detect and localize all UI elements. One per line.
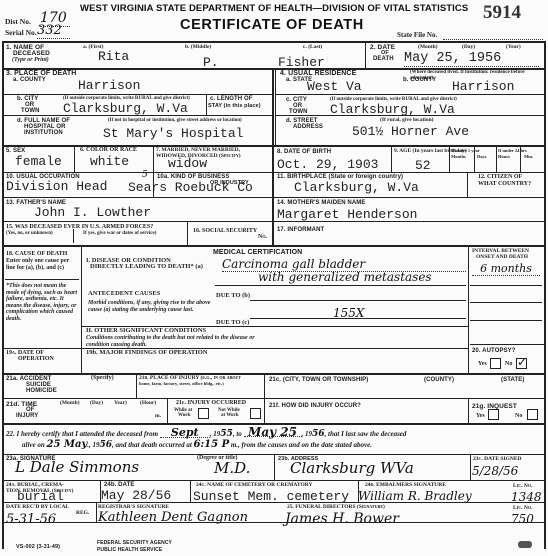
marital-status: widow: [168, 157, 207, 171]
day-label: (Day): [462, 45, 475, 51]
stay-label-1: c. LENGTH OF: [210, 96, 253, 103]
death-time: 6:15 P: [194, 439, 230, 450]
dist-no-label: Dist No.: [5, 19, 31, 25]
inquest-no-label: No: [515, 414, 522, 420]
res-street: 501½ Horner Ave: [352, 125, 469, 139]
race: white: [90, 155, 129, 169]
operation-findings-label: 19b. MAJOR FINDINGS OF OPERATION: [86, 350, 208, 356]
county-label: a. COUNTY: [13, 77, 46, 84]
physician-signature: L Dale Simmons: [15, 458, 139, 476]
injury-place-note: home, farm, factory, street, office bldg…: [139, 381, 224, 387]
other-conditions-label: II. OTHER SIGNIFICANT CONDITIONS: [86, 328, 206, 334]
injury-m-label: m.: [155, 414, 161, 420]
cause-a-continued: with generalized metastases: [258, 270, 432, 284]
date-of-birth: Oct. 29, 1903: [277, 158, 387, 173]
first-name: Rita: [98, 50, 129, 64]
serial-no-label: Serial No.: [5, 30, 37, 36]
race-label: 6. COLOR OR RACE: [80, 147, 137, 154]
at-work-label: at Work: [221, 413, 239, 419]
physician-degree: M.D.: [214, 459, 250, 477]
father-name: John I. Lowther: [34, 206, 151, 220]
injury-time-label-3: INJURY: [16, 413, 38, 420]
min-label: Min.: [524, 154, 533, 160]
injury-city-label: 21c. (CITY, TOWN OR TOWNSHIP): [269, 377, 368, 384]
agency-title: WEST VIRGINIA STATE DEPARTMENT OF HEALTH…: [80, 3, 468, 14]
embalmer-signature: William R. Bradley: [358, 489, 472, 503]
occupation-code-mark: 5: [142, 170, 148, 180]
operation-date-label-2: OPERATION: [18, 356, 54, 363]
injury-month-label: (Month): [60, 401, 80, 407]
armed-forces-note-2: If yes, give war or dates of service): [83, 231, 156, 237]
autopsy-yes-label: Yes: [478, 362, 487, 368]
state-file-label: State File No.: [397, 33, 437, 39]
death-certificate: Dist No. 170 Serial No. 332 WEST VIRGINI…: [0, 0, 548, 556]
funeral-director-lic-no: 750: [511, 512, 534, 526]
autopsy-label: 20. AUTOPSY?: [472, 348, 516, 355]
birthplace: Clarksburg, W.Va: [294, 181, 419, 195]
due-to-b-label: DUE TO (b): [216, 293, 250, 299]
ssn-label-1: 16. SOCIAL SECURITY: [193, 228, 257, 235]
date-received-label-1: DATE REC'D BY LOCAL: [6, 504, 69, 511]
embalmer-signature-label: 24d. EMBALMERS SIGNATURE: [365, 482, 446, 489]
cause-a-label-2: DIRECTLY LEADING TO DEATH* (a): [90, 264, 203, 270]
footer-agency-1: FEDERAL SECURITY AGENCY: [97, 540, 172, 547]
business: Sears Roebuck Co: [128, 181, 253, 195]
injury-state-label: (STATE): [501, 377, 524, 384]
funeral-director-label: 25. FUNERAL DIRECTORS (Signature): [287, 504, 385, 511]
date-of-death: May 25, 1956: [404, 52, 539, 67]
age: 52: [415, 159, 431, 173]
cause-of-death-label: 18. CAUSE OF DEATH: [6, 251, 67, 258]
autopsy-yes-checkbox[interactable]: [490, 358, 501, 369]
form-number: VS-002 (3-31-49): [16, 544, 60, 551]
hospital-name: St Mary's Hospital: [103, 127, 243, 141]
middle-name-label: b. (Middle): [185, 45, 211, 51]
certify-statement: 22. I hereby certify that I attended the…: [6, 428, 406, 438]
item1-label3: (Type or Print): [12, 56, 49, 64]
inquest-yes-label: Yes: [476, 414, 485, 420]
year-label: (Year): [506, 45, 521, 51]
accident-specify: (Specify): [91, 376, 114, 382]
date-signed-label: 23c. DATE SIGNED: [473, 456, 521, 463]
cemetery-label: 24c. NAME OF CEMETERY OR CREMATORY: [196, 482, 312, 489]
date-received-label-2: REG.: [76, 510, 89, 517]
injury-year-label: Year): [114, 401, 127, 407]
item2-death: DEATH: [373, 56, 394, 63]
armed-forces-note-1: (Yes, no, or unknown): [6, 231, 53, 237]
antecedent-label: ANTECEDENT CAUSES: [88, 291, 160, 297]
injury-occurred-label: 21e. INJURY OCCURRED: [176, 400, 246, 407]
days-label: Days: [477, 154, 487, 160]
date-signed: 5/28/56: [472, 464, 518, 478]
certify-statement-line2: alive on 25 May., 1956, and that death o…: [22, 441, 372, 449]
city-label-3: TOWN: [21, 108, 40, 115]
res-county: Harrison: [452, 80, 514, 94]
disposition-date: May 28/56: [101, 489, 171, 503]
attended-to-date: May 25: [244, 428, 302, 437]
res-county-label: b. COUNTY: [403, 77, 436, 84]
attended-from-year: 55: [220, 429, 233, 439]
state-file-field: [443, 39, 543, 40]
hospital-note: (If not in hospital or institution, give…: [108, 118, 268, 124]
occupation: Division Head: [6, 180, 107, 194]
while-at-work-checkbox[interactable]: [198, 408, 209, 419]
embalmer-lic-label: Lic. No.: [513, 483, 532, 490]
res-state: West Va: [307, 80, 362, 94]
attended-to-year: 56: [312, 429, 325, 439]
under-1-year-label: If under 1 year: [451, 148, 480, 154]
date-received: 5-31-56: [6, 512, 56, 527]
month-label: (Month): [418, 45, 438, 51]
street-label-2: ADDRESS: [293, 124, 323, 131]
stay-label-2: STAY (in this place): [208, 103, 261, 110]
item4-label: 4. USUAL RESIDENCE: [280, 70, 356, 77]
citizen-label-1: 12. CITIZEN OF: [478, 174, 522, 181]
accident-label-3: HOMICIDE: [26, 388, 57, 395]
ssn-label-2: No.: [258, 234, 267, 241]
informant-label: 17. INFORMANT: [277, 227, 324, 234]
union-label-icon: [518, 541, 532, 548]
cause-footnote: *This does not mean the mode of dying, s…: [6, 283, 80, 322]
autopsy-no-checkbox[interactable]: ✓: [516, 358, 527, 369]
months-label: Months: [451, 154, 466, 160]
injury-county-label: (COUNTY): [424, 377, 454, 384]
mother-name: Margaret Henderson: [277, 208, 417, 222]
funeral-director-signature: James H. Bower: [285, 511, 399, 527]
serial-no: 332: [37, 23, 70, 39]
certificate-title: CERTIFICATE OF DEATH: [180, 17, 364, 33]
injury-day-label: (Day): [90, 401, 103, 407]
work-label: Work: [178, 413, 190, 419]
hospital-label-3: INSTITUTION: [24, 130, 63, 137]
antecedent-note: Morbid conditions, if any, giving rise t…: [88, 300, 213, 313]
other-conditions-note: Conditions contributing to the death but…: [86, 335, 276, 348]
how-injury-label: 21f. HOW DID INJURY OCCUR?: [269, 403, 361, 410]
inquest-yes-checkbox[interactable]: [488, 409, 499, 420]
funeral-director-lic-label: Lic. No.: [513, 505, 532, 512]
not-at-work-checkbox[interactable]: [250, 408, 261, 419]
street-note: (If rural, give location): [380, 118, 433, 124]
item3-label: 3. PLACE OF DEATH: [6, 70, 76, 77]
under-24-hrs-label: If under 24 hrs: [498, 148, 527, 154]
attended-from-month: Sept: [160, 429, 210, 438]
interval-label-2: ONSET AND DEATH: [476, 255, 528, 261]
due-to-c-label: DUE TO (c): [216, 320, 249, 326]
death-city: Clarksburg, W.Va: [63, 102, 188, 116]
armed-forces-label: 15. WAS DECEASED EVER IN U.S. ARMED FORC…: [6, 224, 153, 231]
citizen-label-2: WHAT COUNTRY?: [478, 181, 531, 188]
certify-text-1: 22. I hereby certify that I attended the…: [6, 430, 158, 438]
footer-agency-2: PUBLIC HEALTH SERVICE: [97, 547, 162, 554]
inquest-no-checkbox[interactable]: [527, 409, 538, 420]
interval-a: 6 months: [472, 262, 540, 276]
autopsy-no-label: No: [505, 362, 512, 368]
last-seen-alive-year: 56: [100, 440, 113, 450]
death-county: Harrison: [78, 79, 140, 93]
medical-certification-heading: MEDICAL CERTIFICATION: [213, 249, 302, 256]
mother-label: 14. MOTHER'S MAIDEN NAME: [277, 200, 366, 207]
physician-address: Clarksburg WVa: [290, 459, 414, 477]
state-file-stamp: 5914: [483, 2, 521, 24]
injury-hour-label: (Hour): [140, 401, 156, 407]
sex: female: [15, 155, 62, 169]
last-seen-alive-date: 25 May: [47, 439, 88, 450]
hours-label: Hours: [498, 154, 510, 160]
last-name-label: c. (Last): [303, 45, 322, 51]
cause-instructions: Enter only one cause per line for (a), (…: [6, 258, 79, 271]
dob-label: 8. DATE OF BIRTH: [277, 149, 331, 156]
check-mark-icon: ✓: [517, 355, 527, 369]
